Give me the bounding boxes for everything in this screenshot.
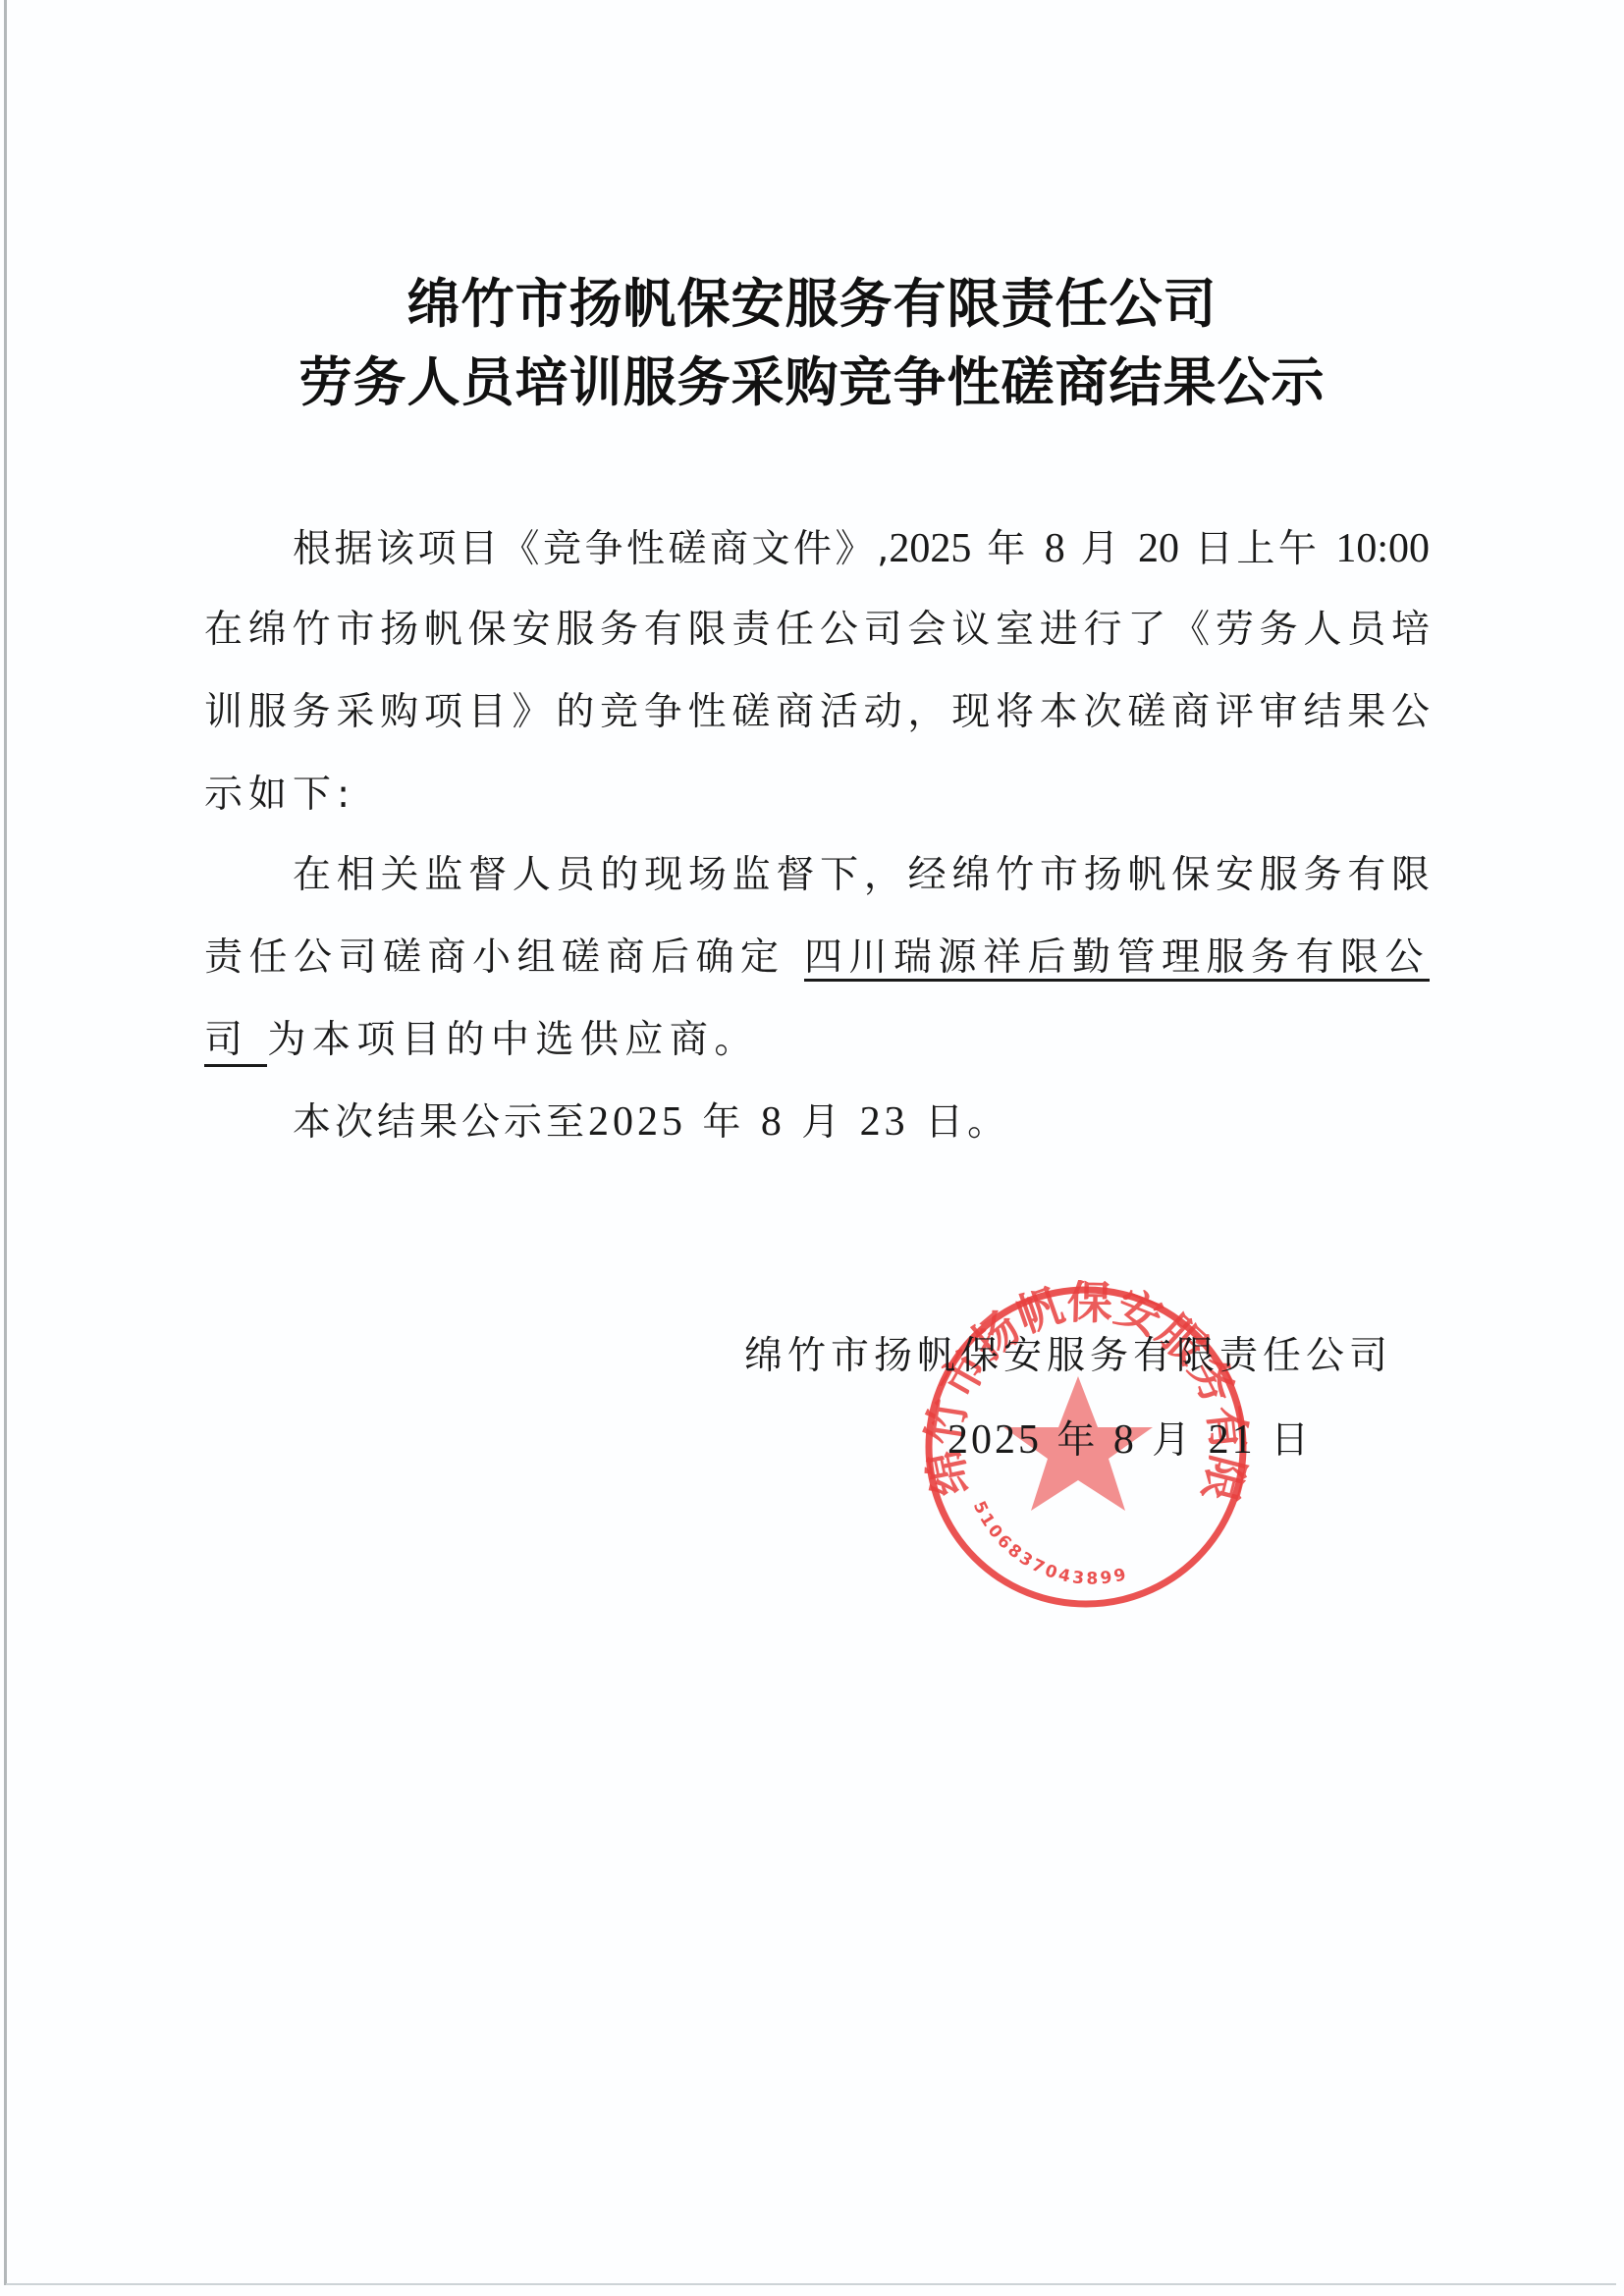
paragraph-1-line-2: 在绵竹市扬帆保安服务有限责任公司会议室进行了《劳务人员培 [204, 611, 1430, 649]
signature-company: 绵竹市扬帆保安服务有限责任公司 [744, 1337, 1392, 1375]
title-line-1: 绵竹市扬帆保安服务有限责任公司 [0, 277, 1624, 330]
paragraph-3: 本次结果公示至2025 年 8 月 23 日。 [293, 1101, 1009, 1143]
winning-supplier-name: 四川瑞源祥后勤管理服务有限公 [804, 938, 1430, 982]
document-page: 绵竹市扬帆保安服务有限责任公司 劳务人员培训服务采购竞争性磋商结果公示 根据该项… [0, 0, 1624, 2296]
title-line-2: 劳务人员培训服务采购竞争性磋商结果公示 [0, 355, 1624, 408]
paragraph-1-line-3: 训服务采购项目》的竞争性磋商活动，现将本次磋商评审结果公 [204, 693, 1430, 731]
paragraph-2-prefix: 责任公司磋商小组磋商后确定 [204, 938, 785, 982]
signature-date: 2025 年 8 月 21 日 [947, 1419, 1312, 1461]
paragraph-1-line-1: 根据该项目《竞争性磋商文件》,2025 年 8 月 20 日上午 10:00 [293, 528, 1430, 569]
paragraph-2-line-2: 责任公司磋商小组磋商后确定 四川瑞源祥后勤管理服务有限公 [204, 938, 1430, 982]
paragraph-1-line-4: 示如下: [204, 775, 355, 814]
scan-edge-bottom [6, 2283, 1616, 2285]
paragraph-2-line-1: 在相关监督人员的现场监督下，经绵竹市扬帆保安服务有限 [293, 856, 1430, 894]
scan-edge-left [4, 0, 7, 2285]
paragraph-2-line-3: 司 为本项目的中选供应商。 [204, 1021, 759, 1059]
winning-supplier-name-cont: 司 [204, 1018, 267, 1067]
